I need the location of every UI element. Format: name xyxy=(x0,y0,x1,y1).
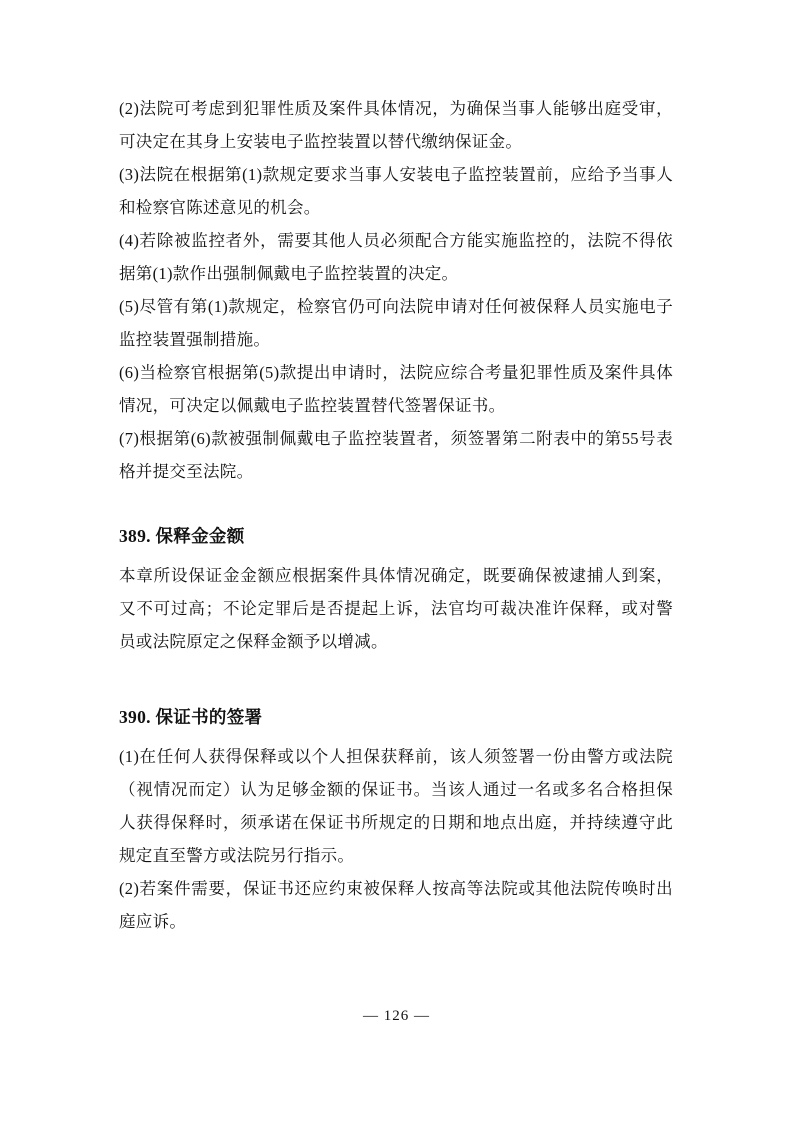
clause-3: (3)法院在根据第(1)款规定要求当事人安装电子监控装置前，应给予当事人和检察官… xyxy=(119,158,673,224)
clause-6: (6)当检察官根据第(5)款提出申请时，法院应综合考量犯罪性质及案件具体情况，可… xyxy=(119,356,673,422)
document-content: (2)法院可考虑到犯罪性质及案件具体情况，为确保当事人能够出庭受审，可决定在其身… xyxy=(119,92,673,938)
document-page: (2)法院可考虑到犯罪性质及案件具体情况，为确保当事人能够出庭受审，可决定在其身… xyxy=(0,0,793,1122)
clause-4: (4)若除被监控者外，需要其他人员必须配合方能实施监控的，法院不得依据第(1)款… xyxy=(119,224,673,290)
clause-390-2: (2)若案件需要，保证书还应约束被保释人按高等法院或其他法院传唤时出庭应诉。 xyxy=(119,872,673,938)
clause-7: (7)根据第(6)款被强制佩戴电子监控装置者，须签署第二附表中的第55号表格并提… xyxy=(119,422,673,488)
section-389-body: 本章所设保证金金额应根据案件具体情况确定，既要确保被逮捕人到案，又不可过高；不论… xyxy=(119,559,673,658)
clause-5: (5)尽管有第(1)款规定，检察官仍可向法院申请对任何被保释人员实施电子监控装置… xyxy=(119,290,673,356)
page-footer: — 126 — xyxy=(0,1006,793,1026)
clause-2: (2)法院可考虑到犯罪性质及案件具体情况，为确保当事人能够出庭受审，可决定在其身… xyxy=(119,92,673,158)
section-heading-390: 390. 保证书的签署 xyxy=(119,701,673,734)
clause-390-1: (1)在任何人获得保释或以个人担保获释前，该人须签署一份由警方或法院（视情况而定… xyxy=(119,740,673,872)
section-heading-389: 389. 保释金金额 xyxy=(119,520,673,553)
page-number: — 126 — xyxy=(363,1008,430,1024)
